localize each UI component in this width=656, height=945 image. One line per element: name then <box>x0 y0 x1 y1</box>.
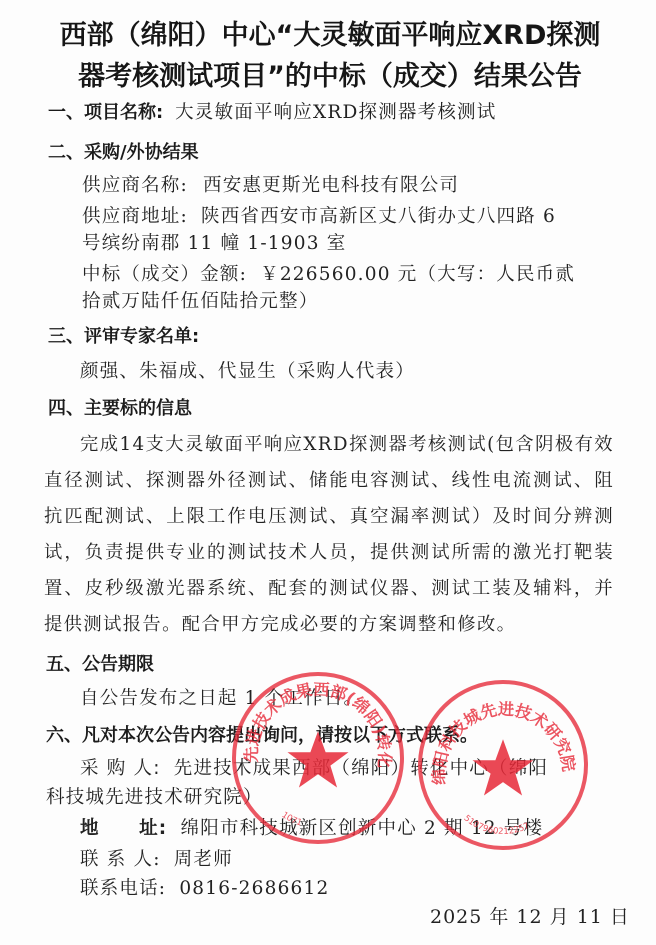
section-1: 一、项目名称: 大灵敏面平响应XRD探测器考核测试 <box>48 101 496 125</box>
supplier-address-line-1: 陕西省西安市高新区丈八街办丈八四路 6 <box>201 206 556 227</box>
main-subject-description: 完成14支大灵敏面平响应XRD探测器考核测试(包含阴极有效直径测试、探测器外径测… <box>44 427 614 643</box>
section-2-heading: 二、采购/外协结果 <box>48 141 199 165</box>
amount-line-2: 拾贰万陆仟伍佰陆拾元整） <box>82 290 318 314</box>
amount-row: 中标（成交）金额: ￥226560.00 元（大写：人民币贰 <box>82 263 575 287</box>
svg-text:1071: 1071 <box>280 810 303 828</box>
seal-star-icon: 先进技术成果西部(绵阳)转化中心 1071 <box>236 676 400 840</box>
announcement-page: 西部（绵阳）中心“大灵敏面平响应XRD探测 器考核测试项目”的中标（成交）结果公… <box>0 0 656 945</box>
phone-row: 联系电话: 0816-2686612 <box>80 877 329 901</box>
title-line-1: 西部（绵阳）中心“大灵敏面平响应XRD探测 <box>40 16 620 56</box>
section-5-heading: 五、公告期限 <box>46 653 154 677</box>
supplier-address-line-2: 号缤纷南郡 11 幢 1-1903 室 <box>82 232 346 256</box>
announcement-date: 2025 年 12 月 11 日 <box>430 902 630 929</box>
supplier-address-row: 供应商地址: 陕西省西安市高新区丈八街办丈八四路 6 <box>82 205 556 229</box>
address-label: 地 址: <box>80 818 167 839</box>
seal-star-icon: 绵阳科技城先进技术研究院 5107960212257 <box>422 684 584 846</box>
supplier-address-label: 供应商地址: <box>82 206 188 227</box>
amount-label: 中标（成交）金额: <box>82 264 247 285</box>
svg-text:5107960212257: 5107960212257 <box>462 813 532 837</box>
contact-label: 联 系 人: <box>80 849 161 870</box>
supplier-name-label: 供应商名称: <box>82 175 188 196</box>
project-name: 大灵敏面平响应XRD探测器考核测试 <box>175 102 496 123</box>
supplier-name: 西安惠更斯光电科技有限公司 <box>203 175 459 196</box>
experts-list: 颜强、朱福成、代显生（采购人代表） <box>80 360 415 384</box>
official-seal-left: 先进技术成果西部(绵阳)转化中心 1071 <box>232 672 404 844</box>
official-seal-right: 绵阳科技城先进技术研究院 5107960212257 <box>418 680 588 850</box>
title-line-2: 器考核测试项目”的中标（成交）结果公告 <box>40 57 620 97</box>
supplier-name-row: 供应商名称: 西安惠更斯光电科技有限公司 <box>82 174 459 198</box>
purchaser-label: 采 购 人: <box>80 758 161 779</box>
section-3-heading: 三、评审专家名单: <box>48 325 199 349</box>
section-4-heading: 四、主要标的信息 <box>48 397 192 421</box>
phone-label: 联系电话: <box>80 878 166 899</box>
section-1-heading: 一、项目名称: <box>48 102 163 123</box>
purchaser-line-2: 科技城先进技术研究院） <box>46 786 263 810</box>
amount-line-1: ￥226560.00 元（大写：人民币贰 <box>260 264 575 285</box>
contact-person: 周老师 <box>174 849 233 870</box>
contact-row: 联 系 人: 周老师 <box>80 848 233 872</box>
phone-number: 0816-2686612 <box>179 878 329 899</box>
